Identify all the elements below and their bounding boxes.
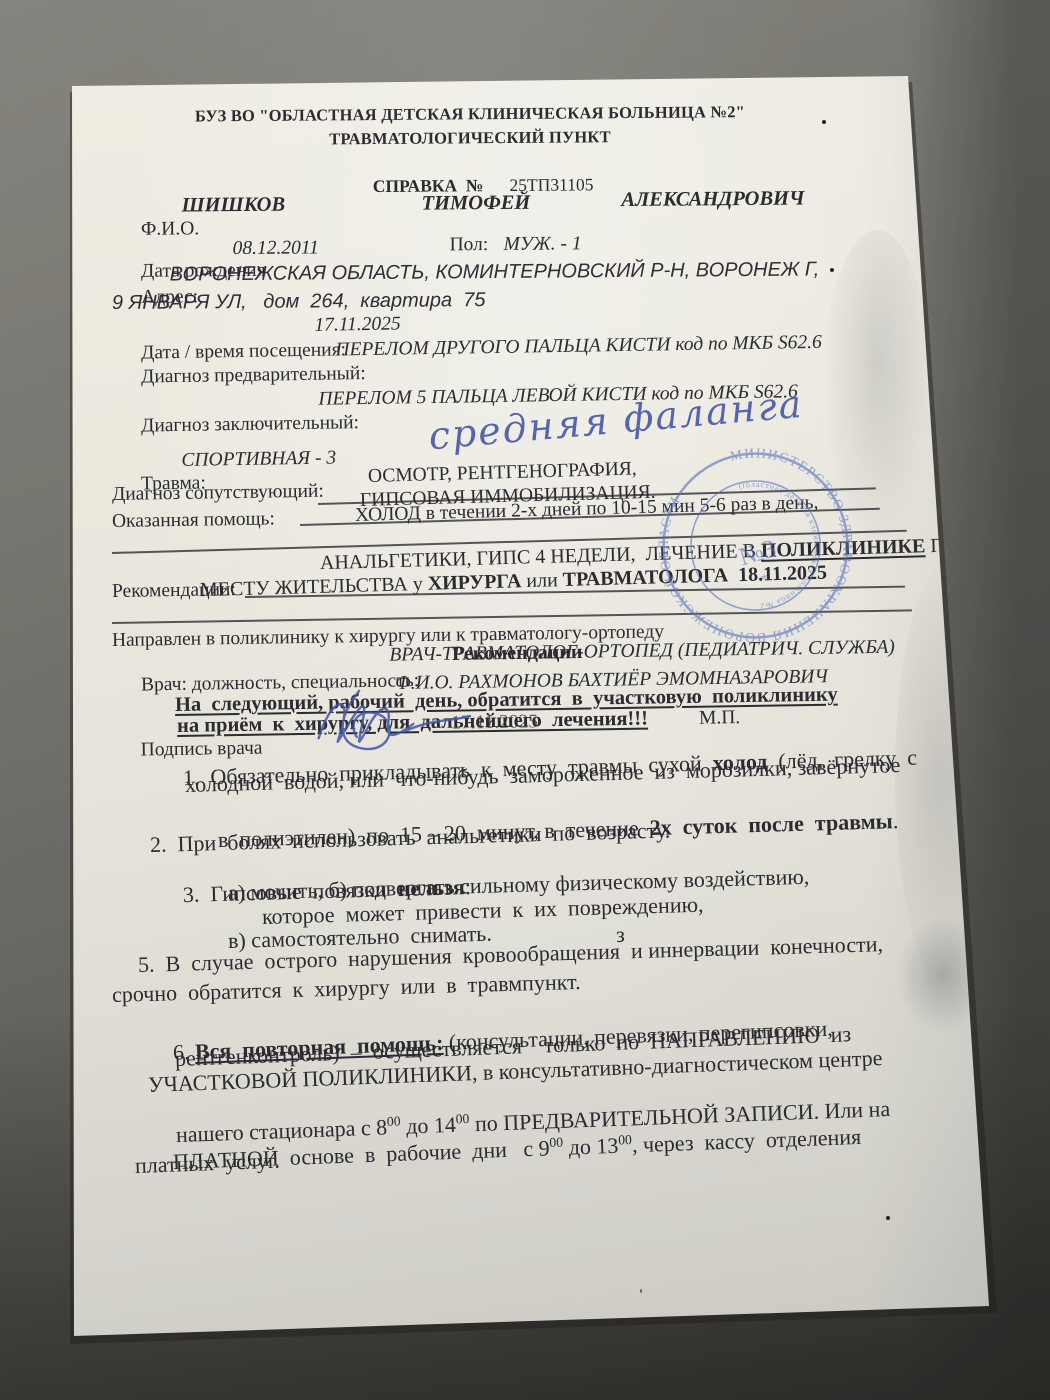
ink-speck [830, 268, 834, 272]
doctor-pen-signature [299, 671, 582, 761]
instruction-text: , через кассу отделения [632, 1124, 862, 1157]
sex-label: Пол: [449, 234, 488, 257]
concomitant-diagnosis-label: Диагноз сопутствующий: [112, 481, 324, 507]
trauma-value: СПОРТИВНАЯ - 3 [181, 447, 336, 472]
prelim-diagnosis-label: Диагноз предварительный: [141, 363, 366, 388]
ink-speck [640, 1289, 642, 1293]
instruction-bold: 2х суток после травмы [649, 809, 893, 841]
final-diagnosis-label: Диагноз заключительный: [141, 413, 359, 437]
department-name: ТРАВМАТОЛОГИЧЕСКИЙ ПУНКТ [125, 127, 815, 151]
instruction-text: . [892, 808, 898, 833]
address-row-2: 9 ЯНВАРЯ УЛ, дом 264, квартира 75 [112, 289, 486, 315]
ink-speck [822, 120, 826, 124]
patient-middle-name: АЛЕКСАНДРОВИЧ [621, 188, 804, 213]
visit-date-value: 17.11.2025 [314, 313, 401, 337]
aid-label: Оказанная помощь: [112, 508, 275, 533]
hospital-name: БУЗ ВО "ОБЛАСТНАЯ ДЕТСКАЯ КЛИНИЧЕСКАЯ БО… [125, 103, 815, 127]
superscript-00: 00 [549, 1135, 563, 1150]
sex-value: МУЖ. - 1 [503, 233, 581, 256]
fio-label: Ф.И.О. [141, 219, 199, 240]
recommendations-label: Рекомендации: [112, 579, 236, 603]
stamp-asterisk: * [760, 571, 771, 587]
instruction-6-line-6: платных услуг. [135, 1148, 281, 1179]
aid-line-3-or: или [521, 569, 563, 592]
superscript-00: 00 [618, 1132, 632, 1147]
certificate-paper: БУЗ ВО "ОБЛАСТНАЯ ДЕТСКАЯ КЛИНИЧЕСКАЯ БО… [0, 0, 1050, 1400]
stamp-center-number: №3 [736, 534, 779, 571]
aid-surgeon-bold: ХИРУРГА [427, 570, 521, 595]
patient-first-name: ТИМОФЕЙ [421, 192, 530, 216]
birth-date-value: 08.12.2011 [232, 237, 318, 260]
ink-speck [886, 1216, 890, 1220]
patient-last-name: ШИШКОВ [181, 194, 285, 218]
instruction-text: до 13 [563, 1133, 619, 1160]
photo-of-medical-certificate: БУЗ ВО "ОБЛАСТНАЯ ДЕТСКАЯ КЛИНИЧЕСКАЯ БО… [0, 0, 1050, 1400]
